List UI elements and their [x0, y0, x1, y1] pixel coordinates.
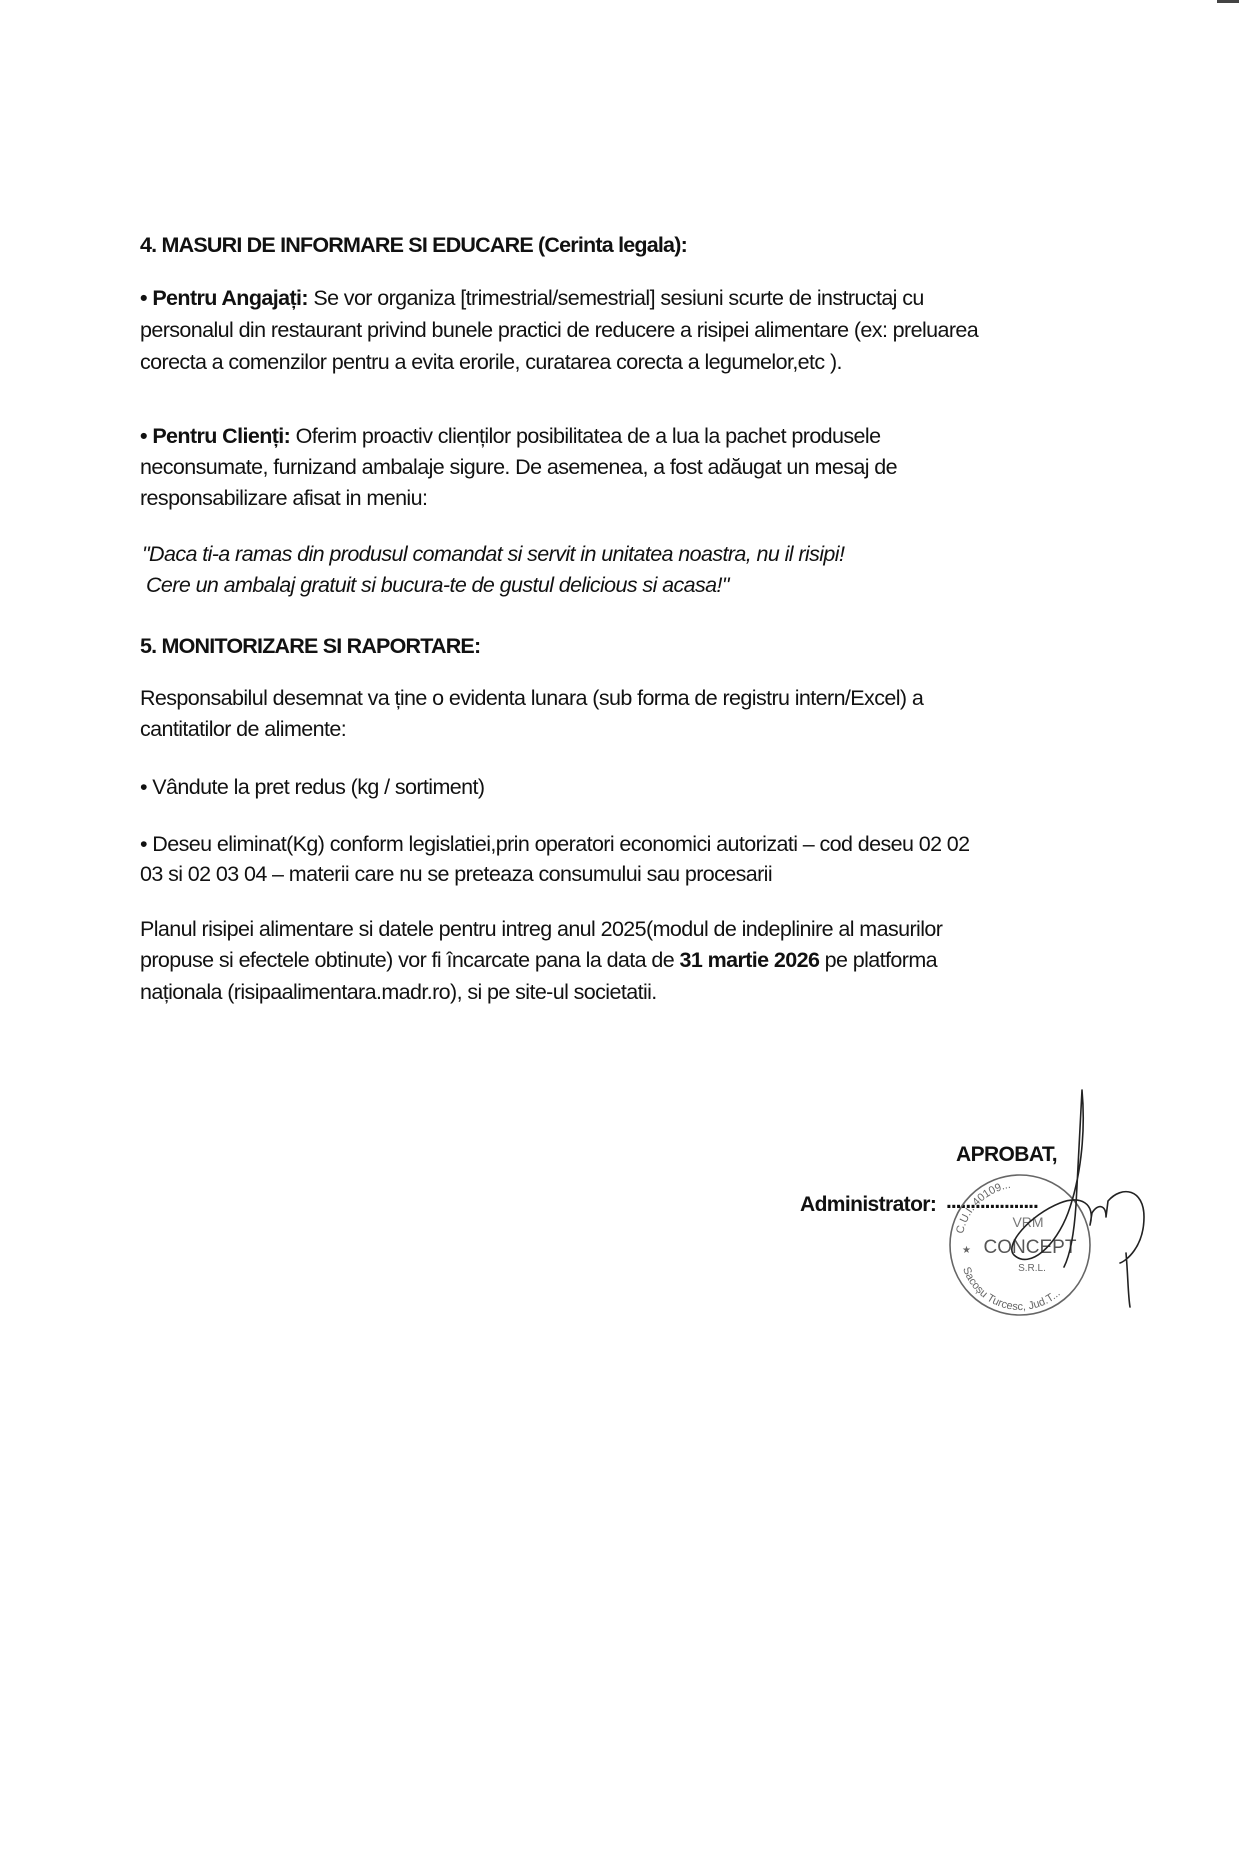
deadline-date: 31 martie 2026 [679, 948, 819, 972]
scan-edge-mark [1217, 0, 1239, 3]
monitoring-item-2-line-2: 03 si 02 03 04 – materii care nu se pret… [140, 862, 772, 887]
monitoring-item-1-text: Vândute la pret redus (kg / sortiment) [147, 775, 485, 799]
administrator-label: Administrator: [800, 1193, 936, 1217]
section-5-heading: 5. MONITORIZARE SI RAPORTARE: [140, 634, 480, 659]
document-page: 4. MASURI DE INFORMARE SI EDUCARE (Cerin… [0, 0, 1239, 1871]
bullet: • [140, 775, 147, 799]
employees-paragraph-line-3: corecta a comenzilor pentru a evita eror… [140, 350, 842, 375]
employees-text-1: Se vor organiza [trimestrial/semestrial]… [308, 286, 924, 310]
clients-text-1: Oferim proactiv clienților posibilitatea… [290, 424, 880, 448]
clients-paragraph-line-3: responsabilizare afisat in meniu: [140, 486, 427, 511]
menu-quote-line-2: Cere un ambalaj gratuit si bucura-te de … [146, 573, 729, 598]
monitoring-intro-line-2: cantitatilor de alimente: [140, 717, 346, 742]
clients-paragraph-line-1: • Pentru Clienți: Oferim proactiv clienț… [140, 424, 880, 449]
employees-paragraph-line-1: • Pentru Angajați: Se vor organiza [trim… [140, 286, 924, 311]
employees-label: Pentru Angajați: [152, 286, 308, 310]
plan-paragraph-line-1: Planul risipei alimentare si datele pent… [140, 917, 942, 942]
monitoring-item-2-text: Deseu eliminat(Kg) conform legislatiei,p… [147, 832, 970, 856]
plan-text: pe platforma [819, 948, 937, 972]
bullet: • [140, 832, 147, 856]
monitoring-item-2-line-1: • Deseu eliminat(Kg) conform legislatiei… [140, 832, 970, 857]
handwritten-signature [930, 1085, 1170, 1315]
clients-label: Pentru Clienți: [152, 424, 290, 448]
employees-paragraph-line-2: personalul din restaurant privind bunele… [140, 318, 978, 343]
menu-quote-line-1: "Daca ti-a ramas din produsul comandat s… [142, 542, 844, 567]
bullet: • [140, 286, 147, 310]
bullet: • [140, 424, 147, 448]
section-4-heading: 4. MASURI DE INFORMARE SI EDUCARE (Cerin… [140, 233, 687, 258]
plan-paragraph-line-2: propuse si efectele obtinute) vor fi înc… [140, 948, 937, 973]
clients-paragraph-line-2: neconsumate, furnizand ambalaje sigure. … [140, 455, 897, 480]
plan-paragraph-line-3: naționala (risipaalimentara.madr.ro), si… [140, 980, 657, 1005]
plan-text: propuse si efectele obtinute) vor fi înc… [140, 948, 679, 972]
monitoring-intro-line-1: Responsabilul desemnat va ține o evident… [140, 686, 923, 711]
monitoring-item-1: • Vândute la pret redus (kg / sortiment) [140, 775, 484, 800]
